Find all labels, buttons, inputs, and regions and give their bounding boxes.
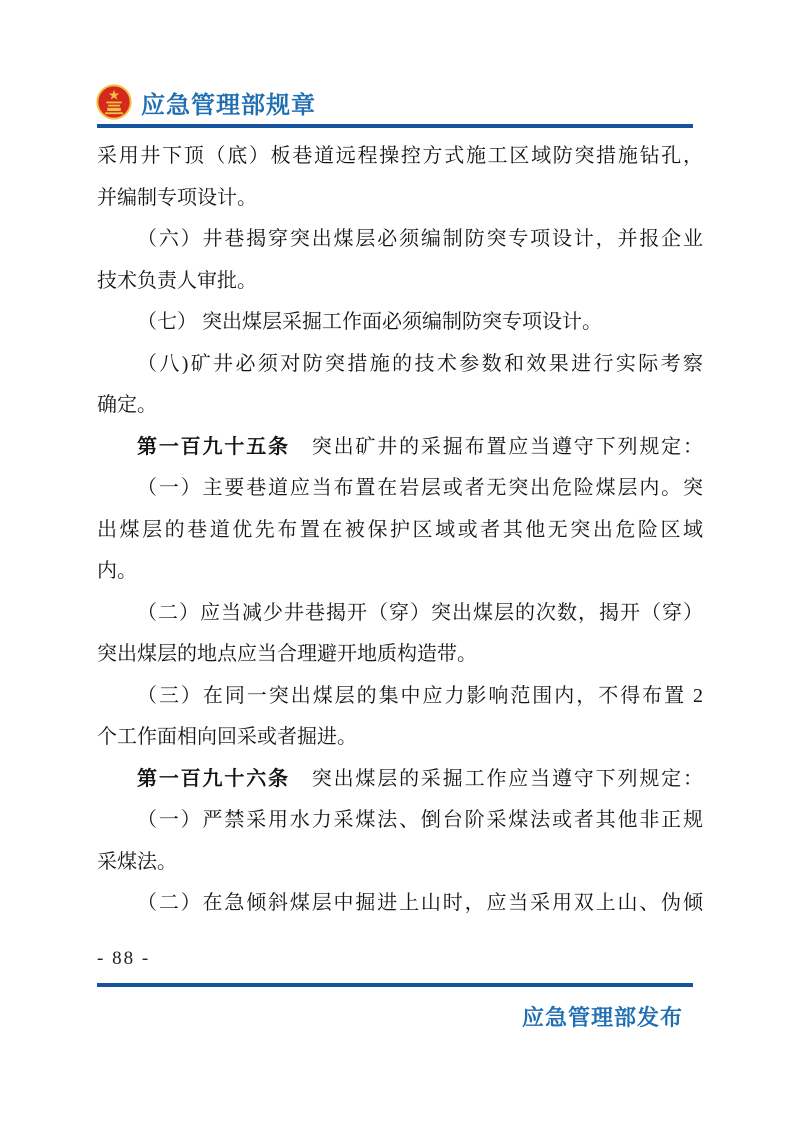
body-line: 技术负责人审批。 [97, 261, 703, 303]
body-line: （二）在急倾斜煤层中掘进上山时，应当采用双上山、伪倾 [97, 883, 703, 925]
footer-divider [97, 983, 693, 987]
publisher-label: 应急管理部发布 [522, 1001, 683, 1032]
body-line: （八)矿井必须对防突措施的技术参数和效果进行实际考察 [97, 344, 703, 386]
page-header: 应急管理部规章 [96, 84, 316, 120]
header-divider [97, 124, 693, 128]
body-line-article-195: 第一百九十五条 突出矿井的采掘布置应当遵守下列规定： [97, 427, 703, 469]
body-line: 个工作面相向回采或者掘进。 [97, 717, 703, 759]
body-line-article-196: 第一百九十六条 突出煤层的采掘工作应当遵守下列规定： [97, 759, 703, 801]
body-line: 内。 [97, 551, 703, 593]
document-page: 应急管理部规章 采用井下顶（底）板巷道远程操控方式施工区域防突措施钻孔， 并编制… [0, 0, 793, 1122]
body-line: 突出煤层的地点应当合理避开地质构造带。 [97, 634, 703, 676]
body-line: 出煤层的巷道优先布置在被保护区域或者其他无突出危险区域 [97, 510, 703, 552]
page-title: 应急管理部规章 [141, 85, 316, 120]
article-text: 突出矿井的采掘布置应当遵守下列规定： [290, 436, 703, 458]
body-line: 采用井下顶（底）板巷道远程操控方式施工区域防突措施钻孔， [97, 136, 703, 178]
body-line: （七） 突出煤层采掘工作面必须编制防突专项设计。 [97, 302, 703, 344]
body-line: 并编制专项设计。 [97, 178, 703, 220]
body-line: 采煤法。 [97, 842, 703, 884]
body-line: （三）在同一突出煤层的集中应力影响范围内，不得布置 2 [97, 676, 703, 718]
document-body: 采用井下顶（底）板巷道远程操控方式施工区域防突措施钻孔， 并编制专项设计。 （六… [97, 136, 703, 925]
article-number: 第一百九十六条 [137, 768, 290, 790]
national-emblem-icon [96, 84, 132, 120]
body-line: （一）严禁采用水力采煤法、倒台阶采煤法或者其他非正规 [97, 800, 703, 842]
body-line: 确定。 [97, 385, 703, 427]
article-number: 第一百九十五条 [137, 436, 290, 458]
body-line: （二）应当减少井巷揭开（穿）突出煤层的次数，揭开（穿） [97, 593, 703, 635]
body-line: （六）井巷揭穿突出煤层必须编制防突专项设计，并报企业 [97, 219, 703, 261]
article-text: 突出煤层的采掘工作应当遵守下列规定： [290, 768, 703, 790]
body-line: （一）主要巷道应当布置在岩层或者无突出危险煤层内。突 [97, 468, 703, 510]
page-number: - 88 - [97, 948, 150, 970]
